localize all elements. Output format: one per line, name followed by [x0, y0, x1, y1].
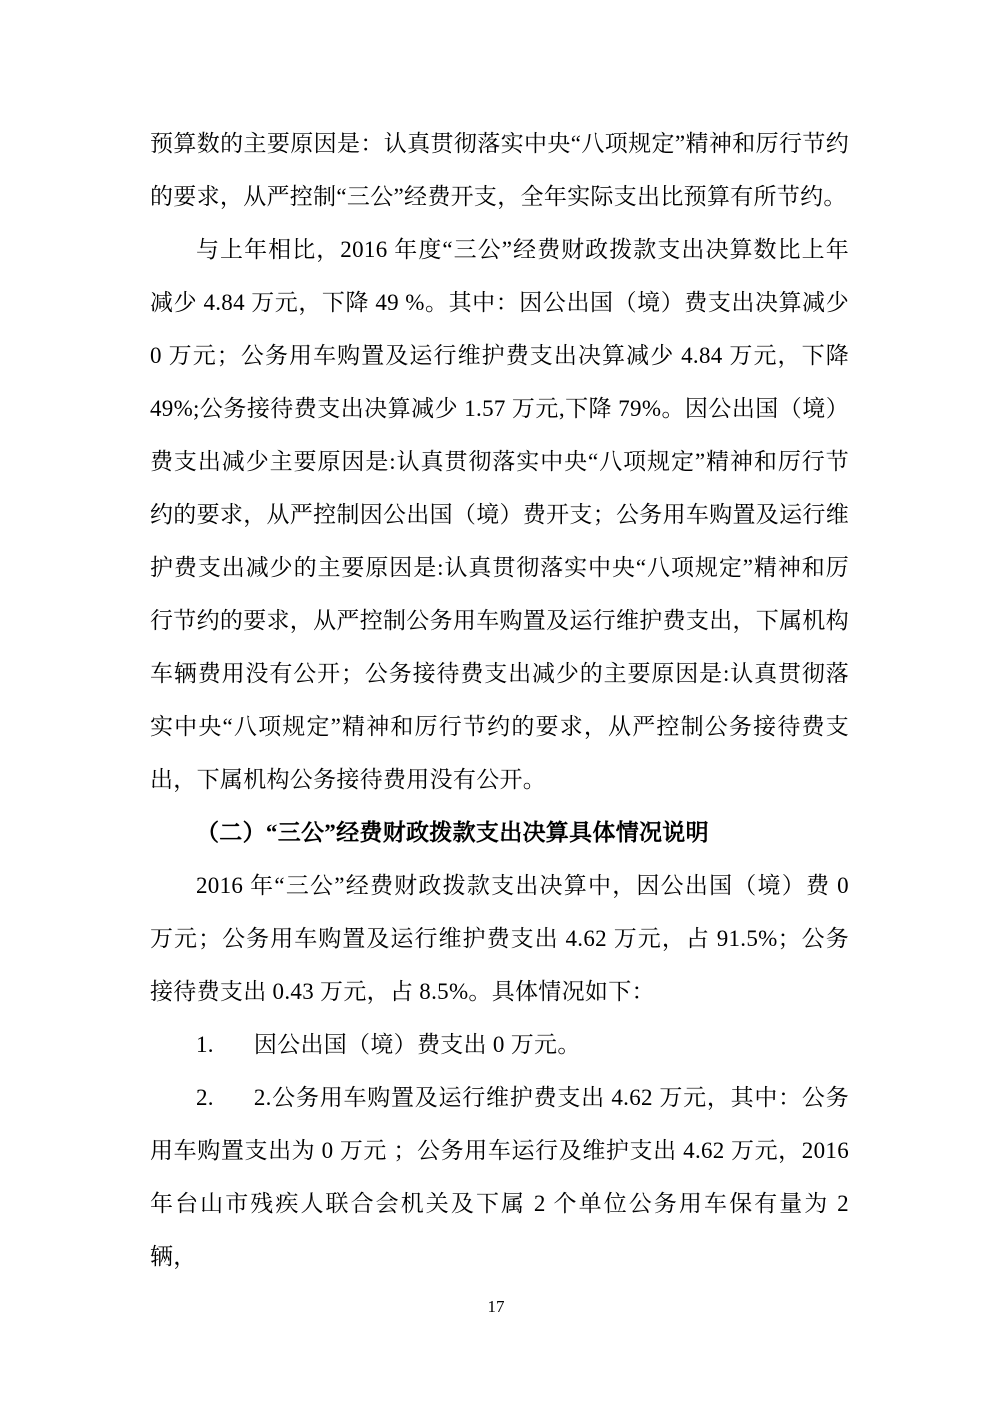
- list-item-1-text: 因公出国（境）费支出 0 万元。: [254, 1032, 581, 1057]
- list-item-2-text: 2.公务用车购置及运行维护费支出 4.62 万元，其中：公务用车购置支出为 0 …: [150, 1085, 849, 1269]
- list-item-1-marker: 1.: [196, 1032, 214, 1057]
- list-item-1: 1.因公出国（境）费支出 0 万元。: [150, 1018, 849, 1071]
- page-number: 17: [0, 1296, 992, 1318]
- document-page: 预算数的主要原因是：认真贯彻落实中央“八项规定”精神和厉行节约的要求，从严控制“…: [0, 0, 992, 1403]
- list-item-2-marker: 2.: [196, 1085, 214, 1110]
- document-body: 预算数的主要原因是：认真贯彻落实中央“八项规定”精神和厉行节约的要求，从严控制“…: [150, 117, 849, 1283]
- section-heading: （二）“三公”经费财政拨款支出决算具体情况说明: [150, 806, 849, 859]
- list-item-2: 2.2.公务用车购置及运行维护费支出 4.62 万元，其中：公务用车购置支出为 …: [150, 1071, 849, 1283]
- paragraph-year-comparison: 与上年相比，2016 年度“三公”经费财政拨款支出决算数比上年减少 4.84 万…: [150, 223, 849, 806]
- paragraph-continuation: 预算数的主要原因是：认真贯彻落实中央“八项规定”精神和厉行节约的要求，从严控制“…: [150, 117, 849, 223]
- paragraph-expense-breakdown: 2016 年“三公”经费财政拨款支出决算中，因公出国（境）费 0 万元；公务用车…: [150, 859, 849, 1018]
